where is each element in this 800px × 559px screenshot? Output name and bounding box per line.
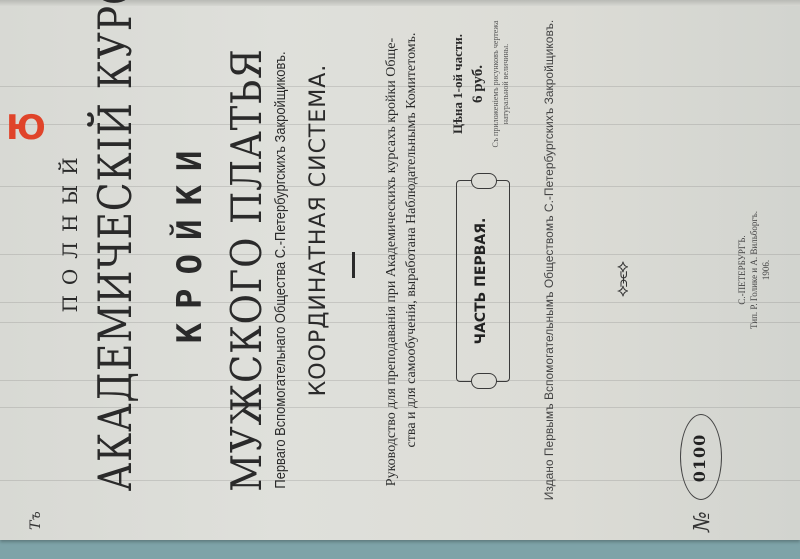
imprint-press: Тип. Р. Голике и А. Вильборгъ. — [748, 150, 760, 390]
price-note: Съ приложеніемъ рисунковъ чертежа натура… — [491, 0, 511, 168]
guide-text-line-2: ства и для самообученія, выработана Набл… — [404, 0, 420, 540]
imprint-year: 1906. — [760, 150, 772, 390]
part-label-frame: ЧАСТЬ ПЕРВАЯ. — [456, 180, 510, 382]
inventory-stamp: № 0100 — [680, 412, 724, 532]
part-label: ЧАСТЬ ПЕРВАЯ. — [473, 181, 489, 381]
scanned-document: Тъ Ю ПОЛНЫЙ АКАДЕМИЧЕСКІЙ КУРСЪ КРОЙКИ М… — [0, 0, 800, 559]
publisher-line: Издано Первымъ Вспомогательнымъ Общество… — [542, 0, 556, 540]
shelfmark: Тъ — [28, 511, 44, 530]
society-name: Перваго Вспомогательнаго Общества С.-Пет… — [272, 38, 289, 502]
price-value: 6 руб. — [470, 0, 487, 168]
number-sign: № — [690, 511, 715, 532]
title-line-polny: ПОЛНЫЙ — [58, 0, 82, 540]
paper-sheet: Тъ Ю ПОЛНЫЙ АКАДЕМИЧЕСКІЙ КУРСЪ КРОЙКИ М… — [0, 0, 800, 540]
price-block: Цѣна 1-ой части. 6 руб. Съ приложеніемъ … — [450, 0, 511, 168]
price-title: Цѣна 1-ой части. — [450, 0, 466, 168]
separator-rule — [352, 252, 355, 278]
ornament-icon: ⟡⫘⟡ — [612, 246, 634, 314]
title-line-academic-course: АКАДЕМИЧЕСКІЙ КУРСЪ — [88, 49, 142, 492]
title-line-mens-clothing: МУЖСКОГО ПЛАТЬЯ — [222, 32, 271, 507]
title-line-cutting: КРОЙКИ — [170, 0, 210, 540]
imprint-city: С.-ПЕТЕРБУРГЪ. — [736, 150, 748, 390]
subtitle: КООРДИНАТНАЯ СИСТЕМА. — [306, 0, 331, 540]
title-page: Тъ Ю ПОЛНЫЙ АКАДЕМИЧЕСКІЙ КУРСЪ КРОЙКИ М… — [0, 0, 800, 540]
imprint: С.-ПЕТЕРБУРГЪ. Тип. Р. Голике и А. Вильб… — [736, 150, 772, 390]
guide-text-line-1: Руководство для преподаванія при Академи… — [384, 0, 400, 540]
red-library-mark-icon: Ю — [6, 108, 46, 148]
stamp-number: 0100 — [690, 416, 709, 500]
